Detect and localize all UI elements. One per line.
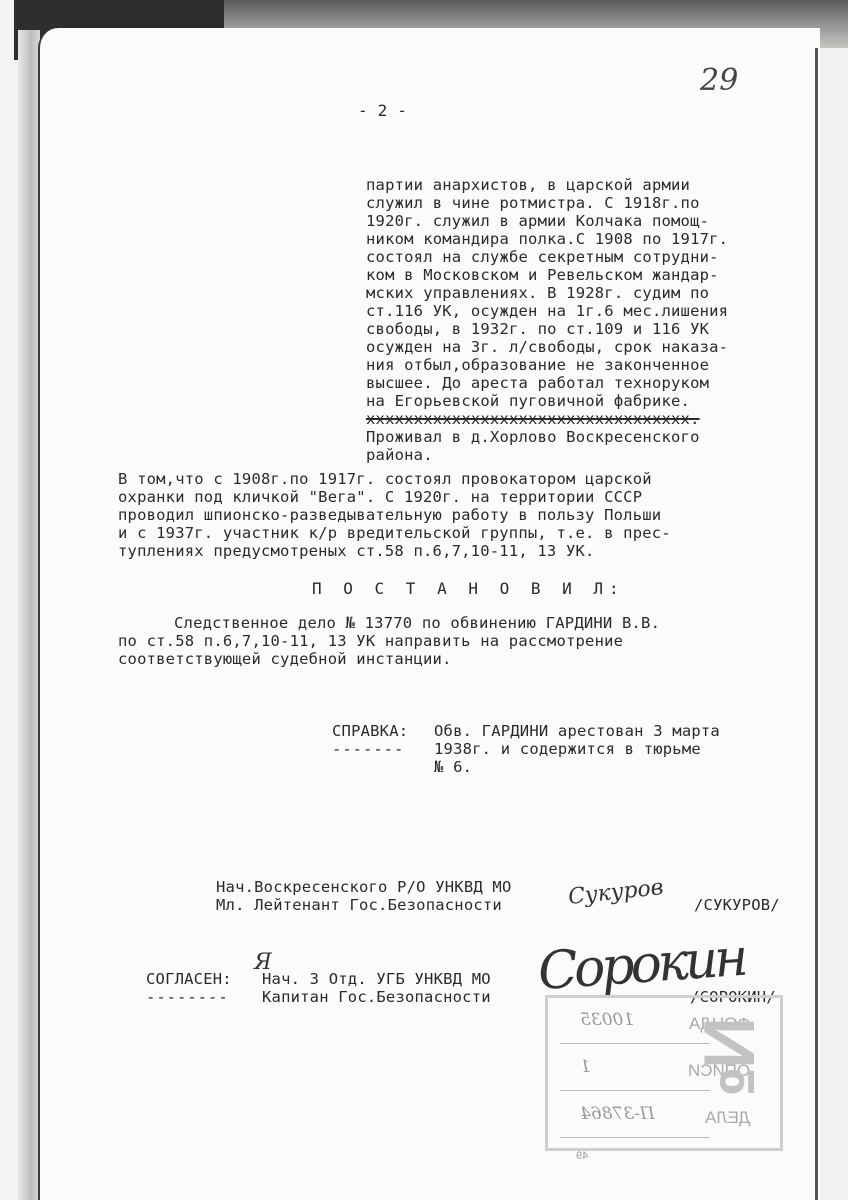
page-edge-line: [815, 48, 818, 1200]
signatory-2-title-line: Нач. 3 Отд. УГБ УНКВД МО: [262, 970, 491, 988]
accusation-line: В том,что с 1908г.по 1917г. состоял пров…: [118, 470, 671, 488]
stamp-rule: [560, 1043, 710, 1044]
biography-line: партии анархистов, в царской армии: [366, 176, 728, 194]
biography-line: состоял на службе секретным сотрудни-: [366, 248, 728, 266]
biography-line: ст.116 УК, осужден на 1г.6 мес.лишения: [366, 302, 728, 320]
accusation-line: проводил шпионско-разведывательную работ…: [118, 506, 671, 524]
signatory-2-title: Нач. 3 Отд. УГБ УНКВД МОКапитан Гос.Безо…: [262, 970, 491, 1006]
biography-line: служил в чине ротмистра. С 1918г.по: [366, 194, 728, 212]
biography-line: на Егорьевской пуговичной фабрике.: [366, 392, 728, 410]
signatory-1-title: Нач.Воскресенского Р/О УНКВД МОМл. Лейте…: [216, 878, 512, 914]
note-body: Обв. ГАРДИНИ арестован 3 марта1938г. и с…: [434, 722, 720, 776]
stamp-row-delo: П-37864 ДЕЛА: [560, 1100, 710, 1140]
note-line: 1938г. и содержится в тюрьме: [434, 740, 720, 758]
note-line: № 6.: [434, 758, 720, 776]
resolution-line: по ст.58 п.6,7,10-11, 13 УК направить на…: [118, 632, 660, 650]
note-label-underline: -------: [332, 740, 404, 758]
stamp-rule: [560, 1090, 710, 1091]
resolution-heading: П О С Т А Н О В И Л:: [312, 580, 625, 598]
biography-line: высшее. До ареста работал технoруком: [366, 374, 728, 392]
biography-line: свободы, в 1932г. по ст.109 и 116 УК: [366, 320, 728, 338]
page-number: - 2 -: [358, 102, 407, 120]
biography-line: района.: [366, 446, 728, 464]
resolution-paragraph: Следственное дело № 13770 по обвинению Г…: [118, 614, 660, 668]
stamp-footer-number: 49: [576, 1150, 588, 1162]
biography-line: осужден на 3г. л/свободы, срок наказа-: [366, 338, 728, 356]
handwritten-initial-mark: Я: [254, 950, 272, 975]
resolution-line: Следственное дело № 13770 по обвинению Г…: [118, 614, 660, 632]
stamp-row-opis: 1 ОПИСИ: [560, 1053, 710, 1093]
underlying-page-edge: [818, 48, 848, 1200]
note-label: СПРАВКА:: [332, 722, 408, 740]
biography-line: 1920г. служил в армии Колчака помощ-: [366, 212, 728, 230]
accusation-line: и с 1937г. участник к/р вредительской гр…: [118, 524, 671, 542]
agreed-label: СОГЛАСЕН:: [146, 970, 232, 988]
agreed-label-underline: --------: [146, 988, 229, 1006]
scan-binding-shadow: [18, 30, 40, 1200]
accusation-paragraph: В том,что с 1908г.по 1917г. состоял пров…: [118, 470, 671, 560]
stamp-delo-value: П-37864: [580, 1104, 655, 1124]
handwritten-folio-number: 29: [700, 72, 739, 90]
stamp-number-symbol: №: [689, 1017, 771, 1097]
biography-line: ником командира полка.С 1908 по 1917г.: [366, 230, 728, 248]
stamp-rule: [560, 1137, 710, 1138]
signatory-1-name: /СУКУРОВ/: [694, 896, 780, 914]
resolution-line: соответствующей судебной инстанции.: [118, 650, 660, 668]
biography-line: ком в Московском и Ревельском жандар-: [366, 266, 728, 284]
accusation-line: охранки под кличкой "Вега". С 1920г. на …: [118, 488, 671, 506]
signatory-2-title-line: Капитан Гос.Безопасности: [262, 988, 491, 1006]
note-line: Обв. ГАРДИНИ арестован 3 марта: [434, 722, 720, 740]
signatory-1-title-line: Нач.Воскресенского Р/О УНКВД МО: [216, 878, 512, 896]
stamp-fond-value: 10035: [580, 1010, 634, 1030]
biography-line: ния отбыл,образование не законченное: [366, 356, 728, 374]
biography-paragraph: партии анархистов, в царской армиислужил…: [366, 176, 728, 464]
accusation-line: туплениях предусмотреных ст.58 п.6,7,10-…: [118, 542, 671, 560]
biography-line: мских управлениях. В 1928г. судим по: [366, 284, 728, 302]
biography-line: Проживал в д.Хорлово Воскресенского: [366, 428, 728, 446]
signatory-1-title-line: Мл. Лейтенант Гос.Безопасности: [216, 896, 512, 914]
biography-line: xxxxxxxxxxxxxxxxxxxxxxxxxxxxxxxxxx.: [366, 410, 728, 428]
archive-stamp: 10035 ФОНДА 1 ОПИСИ П-37864 ДЕЛА № 49: [545, 995, 783, 1151]
stamp-row-fond: 10035 ФОНДА: [560, 1006, 710, 1046]
stamp-opis-value: 1: [580, 1057, 591, 1077]
stamp-delo-label: ДЕЛА: [705, 1108, 750, 1128]
